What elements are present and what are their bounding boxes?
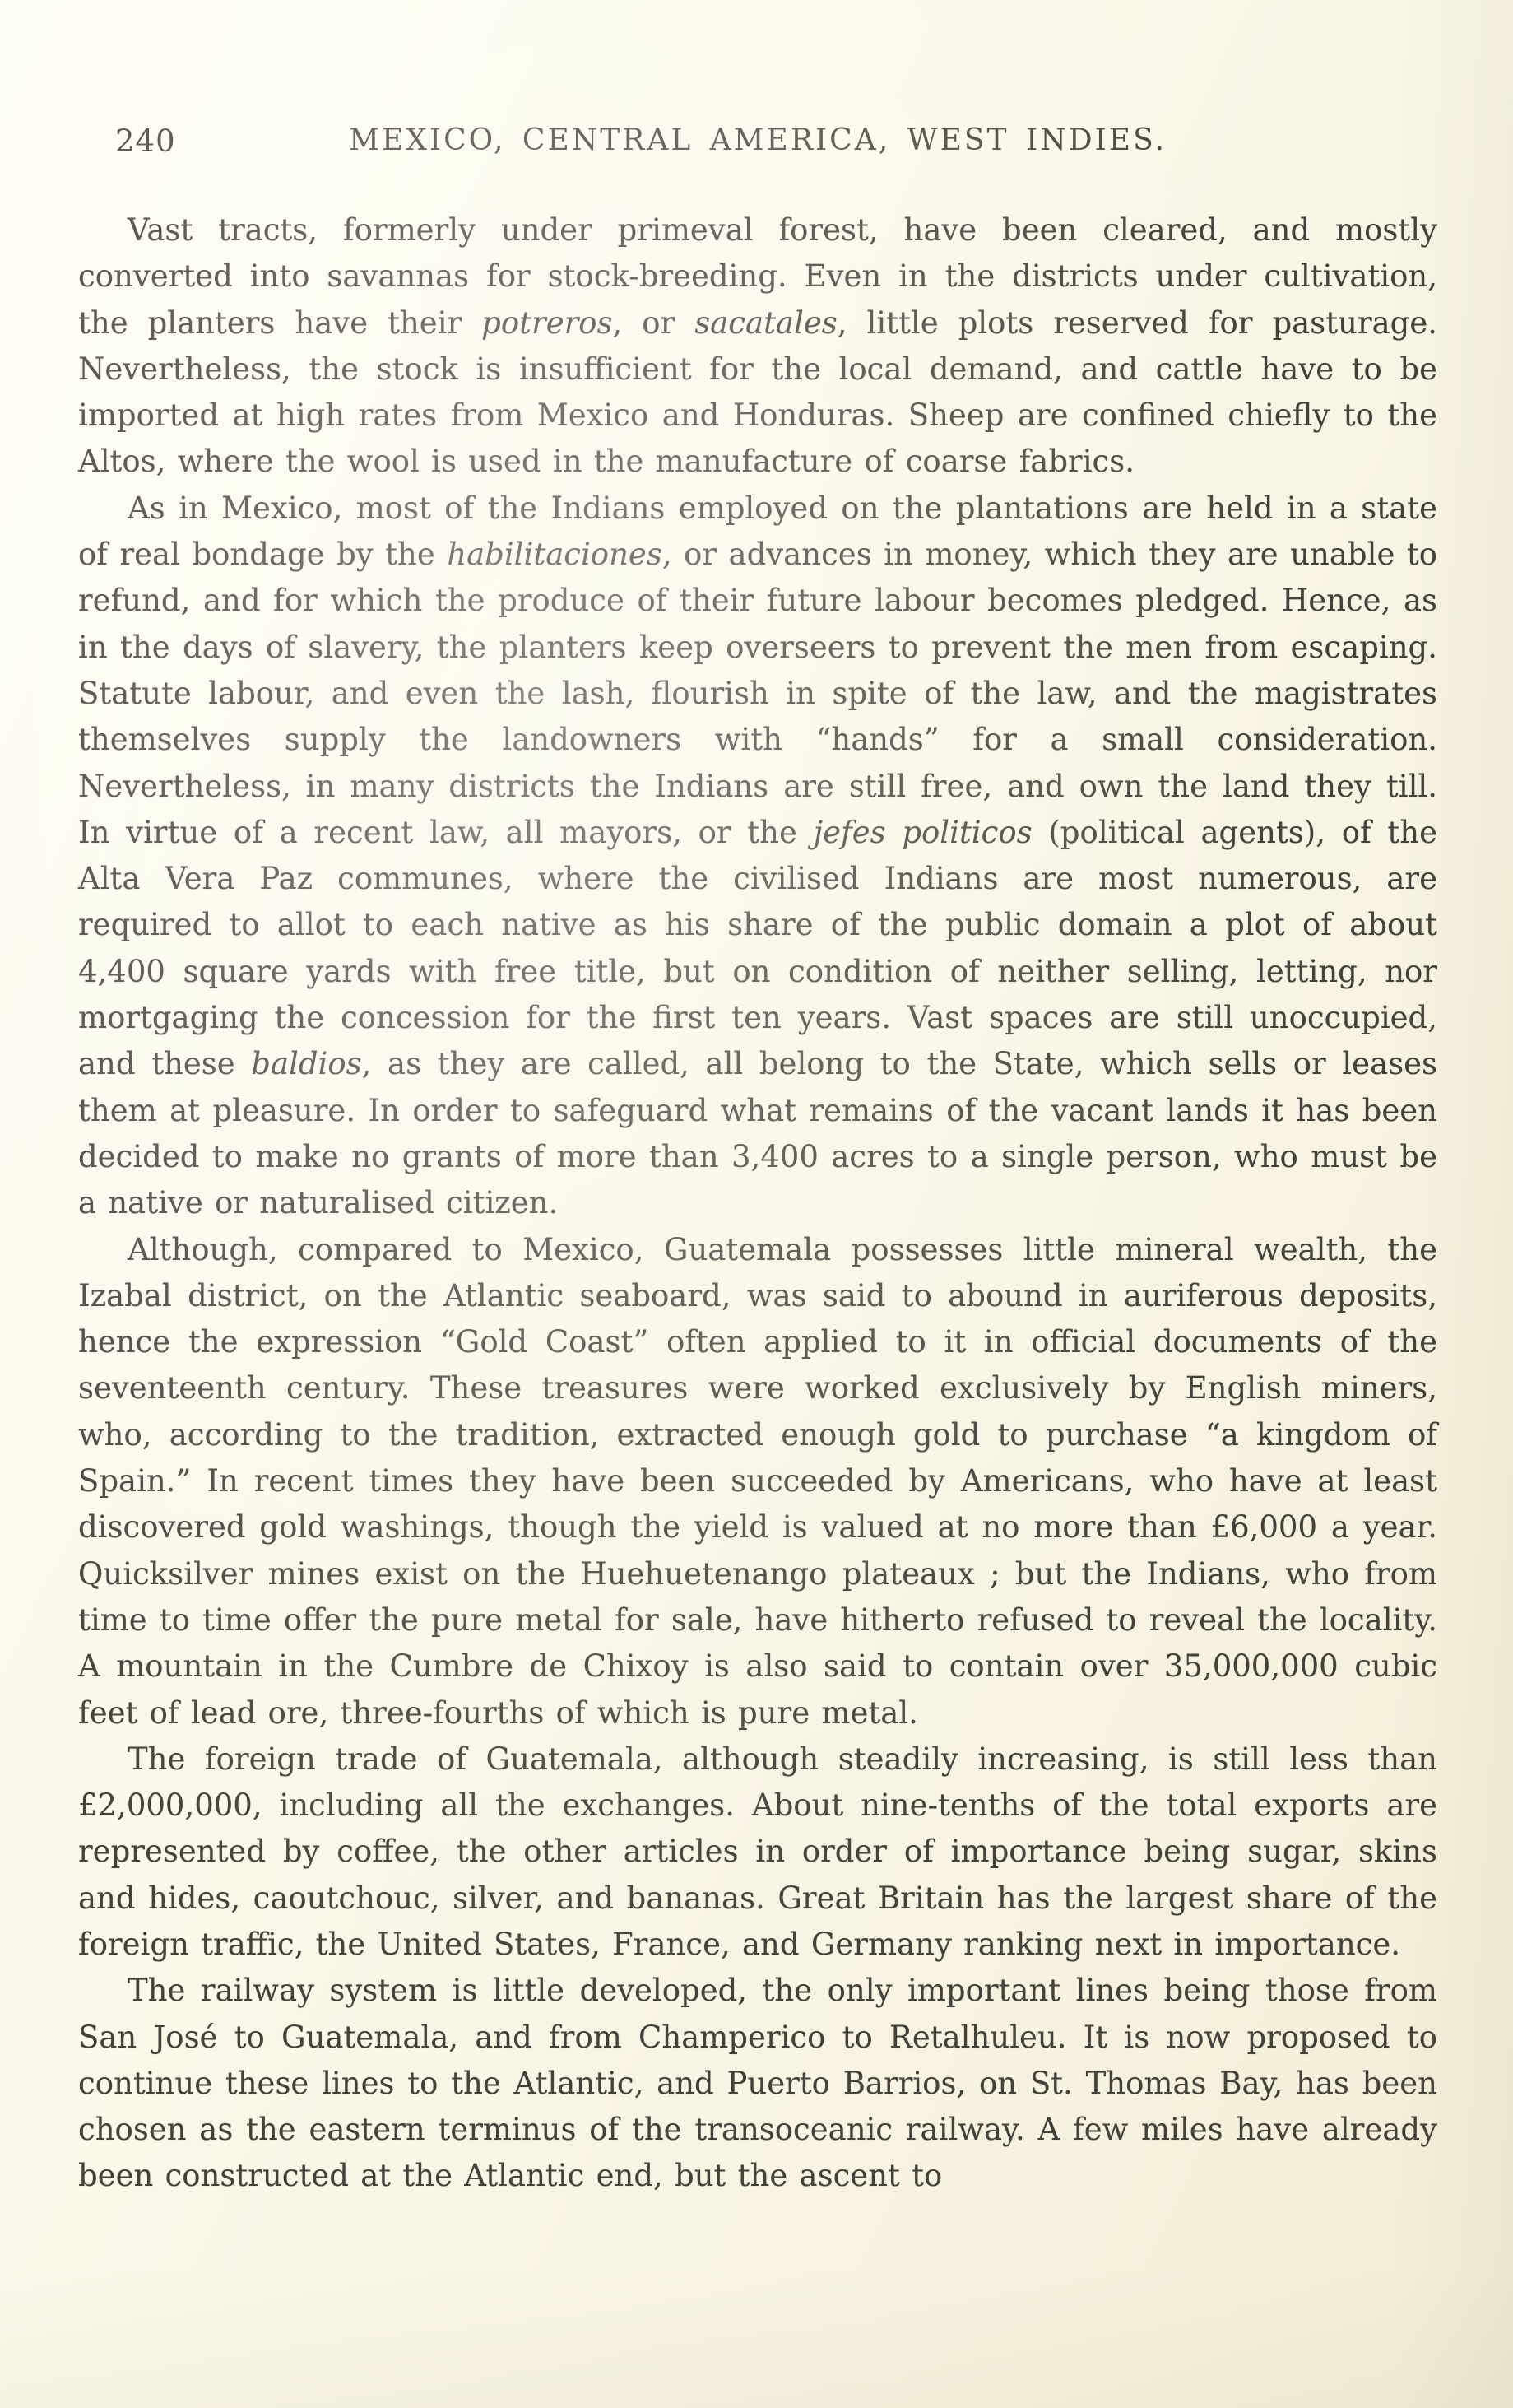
running-title: MEXICO, CENTRAL AMERICA, WEST INDIES. bbox=[78, 123, 1437, 157]
paragraph: The foreign trade of Guatemala, although… bbox=[78, 1736, 1437, 1968]
paragraph: The railway system is little developed, … bbox=[78, 1968, 1437, 2199]
book-page: 240 MEXICO, CENTRAL AMERICA, WEST INDIES… bbox=[0, 0, 1513, 2408]
paragraph: As in Mexico, most of the Indians employ… bbox=[78, 486, 1437, 1227]
paragraph: Vast tracts, formerly under primeval for… bbox=[78, 207, 1437, 486]
paragraph: Although, compared to Mexico, Guatemala … bbox=[78, 1227, 1437, 1736]
body-text: Vast tracts, formerly under primeval for… bbox=[78, 207, 1437, 2200]
page-header: 240 MEXICO, CENTRAL AMERICA, WEST INDIES… bbox=[78, 123, 1437, 173]
